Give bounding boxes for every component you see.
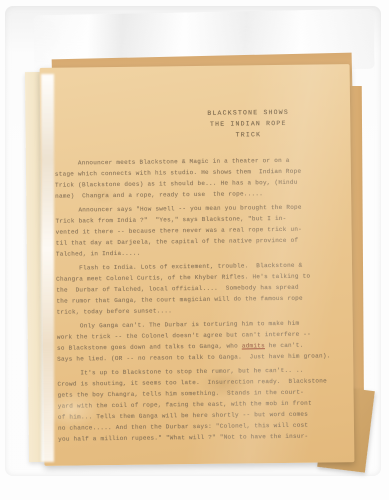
page-title: BLACKSTONE SHOWSTHE INDIAN ROPETRICK	[178, 107, 318, 142]
manuscript-page: BLACKSTONE SHOWSTHE INDIAN ROPETRICK Ann…	[40, 64, 355, 466]
photo-background: BLACKSTONE SHOWSTHE INDIAN ROPETRICK Ann…	[0, 0, 389, 500]
text-line: Talched, in India.....	[56, 245, 344, 260]
title-line: TRICK	[178, 129, 318, 142]
paragraph: Only Ganga can't. The Durbar is torturin…	[57, 317, 346, 365]
text-line: Says he lied. (OR -- no reason to talk t…	[57, 350, 345, 365]
text-line: you half a million rupees." "What will ?…	[58, 430, 346, 445]
underlined-word: admits	[242, 342, 265, 349]
paragraph: It's up to Blackstone to stop the rumor,…	[57, 364, 346, 445]
sleeve-fold-highlight	[41, 74, 54, 462]
paragraph: Flash to India. Lots of excitement, trou…	[56, 259, 345, 318]
paragraph: Announcer says "How swell -- you mean yo…	[55, 201, 344, 260]
page-body: Announcer meets Blackstone & Magic in a …	[55, 154, 347, 447]
paragraph: Announcer meets Blackstone & Magic in a …	[55, 154, 344, 202]
text-line: trick, today before sunset....	[56, 303, 344, 318]
text-line: name) Changra and a rope, ready to use t…	[55, 187, 343, 202]
